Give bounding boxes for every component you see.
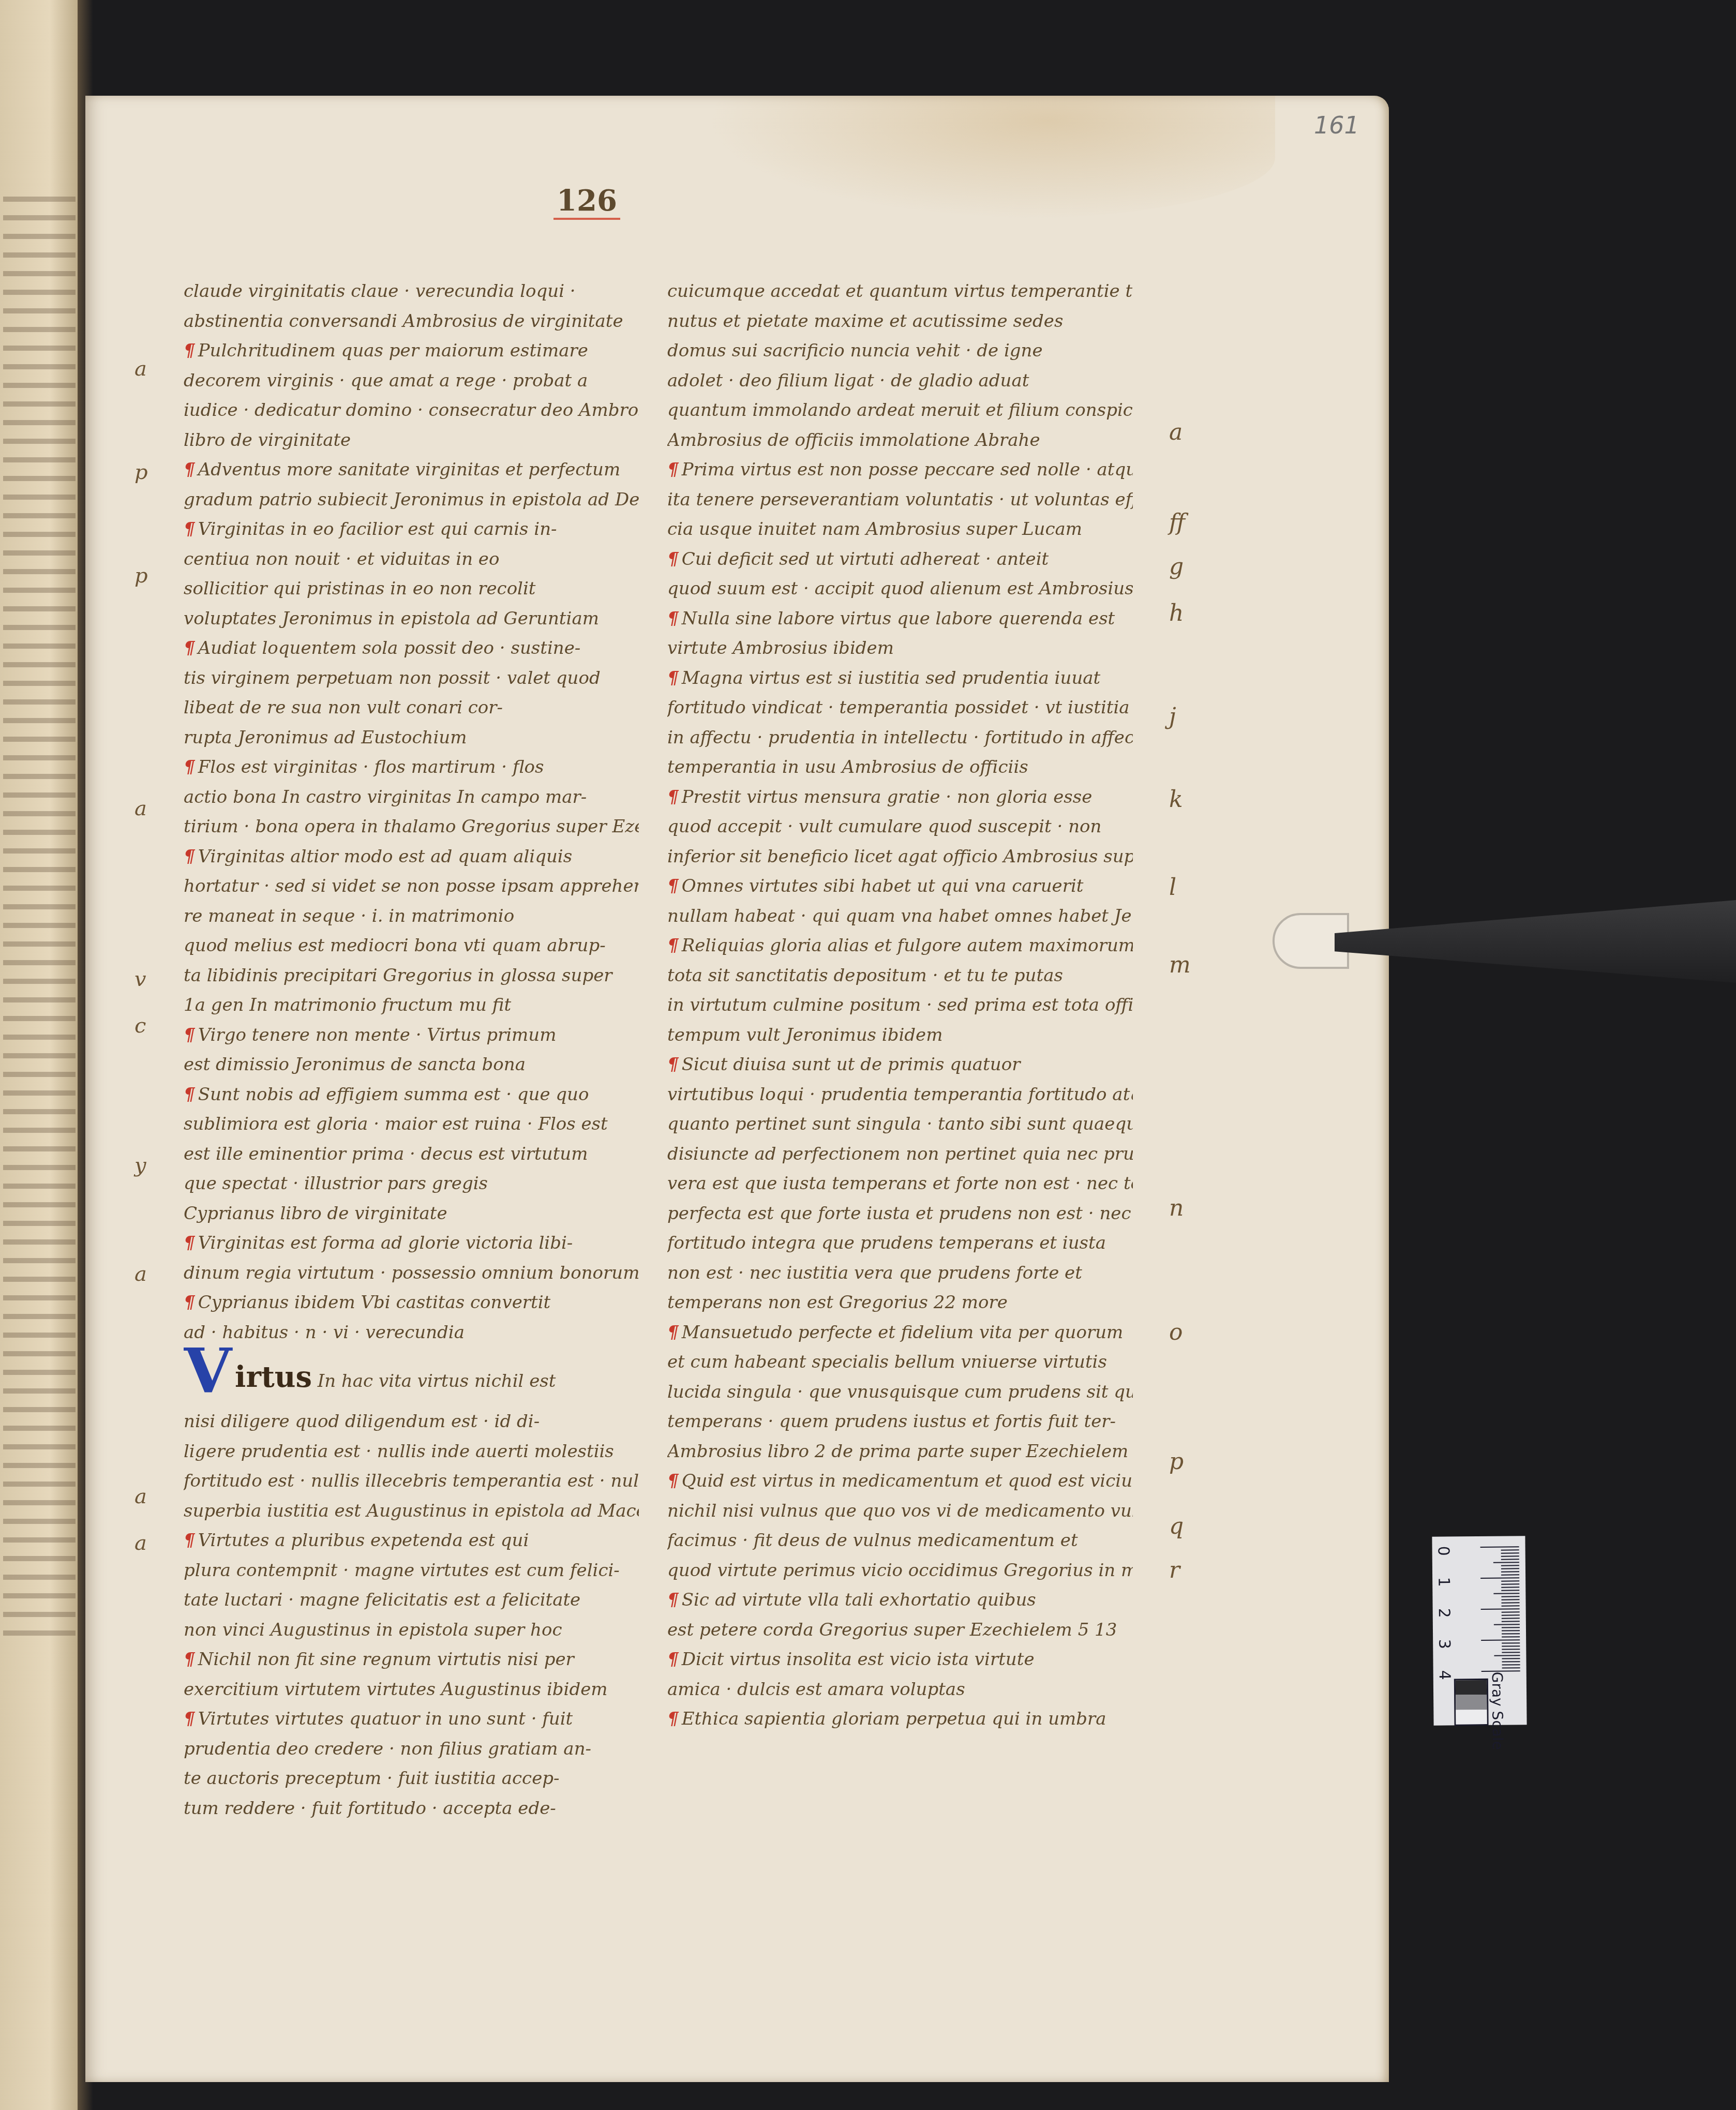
ruler-tick	[1502, 1667, 1520, 1668]
text-line: virtute Ambrosius ibidem	[667, 634, 1133, 664]
text-line: nutus et pietate maxime et acutissime se…	[667, 307, 1133, 337]
ruler-tick	[1502, 1636, 1520, 1637]
text-line: 1a gen In matrimonio fructum mu fit	[184, 991, 639, 1021]
line-text: sollicitior qui pristinas in eo non reco…	[184, 578, 536, 599]
pencil-folio-number: 161	[1314, 111, 1359, 139]
paragraph-mark-icon: ¶	[184, 757, 195, 777]
ruler-tick	[1502, 1658, 1520, 1659]
ruler-tick	[1502, 1611, 1520, 1612]
ruler-tick	[1502, 1664, 1520, 1665]
margin-letter: h	[1169, 600, 1184, 626]
text-line: plura contempnit · magne virtutes est cu…	[184, 1556, 639, 1586]
line-text: lucida singula · que vnusquisque cum pru…	[667, 1382, 1133, 1402]
paragraph-mark-icon: ¶	[667, 549, 679, 570]
paragraph-mark-icon: ¶	[667, 1590, 679, 1610]
paragraph-mark-icon: ¶	[667, 935, 679, 956]
paragraph-mark-icon: ¶	[184, 1292, 195, 1313]
text-line: virtutibus loqui · prudentia temperantia…	[667, 1080, 1133, 1110]
margin-letter: q	[1169, 1513, 1184, 1539]
ruler-number: 1	[1434, 1577, 1453, 1587]
text-line: fortitudo est · nullis illecebris temper…	[184, 1466, 639, 1497]
line-text: quod virtute perimus vicio occidimus Gre…	[667, 1560, 1133, 1581]
ruler-tick	[1502, 1614, 1520, 1615]
ruler-tick	[1481, 1639, 1520, 1641]
ruler-tick	[1493, 1562, 1519, 1563]
paragraph-mark-icon: ¶	[184, 1025, 195, 1045]
gray-swatch	[1456, 1695, 1487, 1710]
ruler-number: 2	[1435, 1608, 1453, 1618]
text-line: quanto pertinet sunt singula · tanto sib…	[667, 1110, 1133, 1140]
line-text: Sicut diuisa sunt ut de primis quatuor	[682, 1054, 1021, 1075]
text-line: ¶Dicit virtus insolita est vicio ista vi…	[667, 1645, 1133, 1675]
ruler-tick	[1501, 1559, 1519, 1560]
paragraph-mark-icon: ¶	[667, 1471, 679, 1491]
text-line: quod suum est · accipit quod alienum est…	[667, 574, 1133, 604]
page-clip	[1273, 900, 1736, 988]
text-line: actio bona In castro virginitas In campo…	[184, 783, 639, 813]
line-text: ita tenere perseverantiam voluntatis · u…	[667, 489, 1133, 510]
text-line: domus sui sacrificio nuncia vehit · de i…	[667, 336, 1133, 366]
ruler-tick	[1501, 1587, 1519, 1588]
ruler-tick	[1502, 1621, 1520, 1622]
ruler-tick	[1501, 1571, 1519, 1572]
text-line: libeat de re sua non vult conari cor-	[184, 693, 639, 723]
line-text: Magna virtus est si iustitia sed prudent…	[682, 668, 1101, 689]
facing-page-edge	[0, 0, 91, 2110]
text-line: temperans non est Gregorius 22 more	[667, 1288, 1133, 1318]
ink-page-number: 126	[553, 184, 620, 220]
line-text: virtutibus loqui · prudentia temperantia…	[667, 1084, 1133, 1105]
text-line: Ambrosius de officiis immolatione Abrahe	[667, 426, 1133, 456]
paragraph-mark-icon: ¶	[667, 1709, 679, 1729]
ruler-tick	[1502, 1642, 1520, 1643]
text-line: ¶Nichil non fit sine regnum virtutis nis…	[184, 1645, 639, 1675]
line-text: in virtutum culmine positum · sed prima …	[667, 995, 1133, 1015]
line-text: quod suum est · accipit quod alienum est…	[667, 578, 1133, 599]
ruler-tick	[1494, 1624, 1520, 1625]
margin-letter: p	[134, 564, 148, 588]
line-text: et cum habeant specialis bellum vniuerse…	[667, 1352, 1107, 1372]
text-line: ¶Quid est virtus in medicamentum et quod…	[667, 1466, 1133, 1497]
line-text: ta libidinis precipitari Gregorius in gl…	[184, 965, 612, 986]
margin-letter: n	[1169, 1195, 1184, 1221]
ruler-tick	[1493, 1593, 1519, 1594]
text-line: sublimiora est gloria · maior est ruina …	[184, 1110, 639, 1140]
text-line: decorem virginis · que amat a rege · pro…	[184, 366, 639, 396]
ruler-number: 0	[1434, 1546, 1453, 1555]
text-line: ¶Magna virtus est si iustitia sed pruden…	[667, 664, 1133, 694]
line-text: virtute Ambrosius ibidem	[667, 638, 894, 659]
line-text: quod accepit · vult cumulare quod suscep…	[667, 816, 1101, 837]
line-text: Quid est virtus in medicamentum et quod …	[682, 1471, 1133, 1491]
text-line: quantum immolando ardeat meruit et filiu…	[667, 396, 1133, 426]
text-line: tota sit sanctitatis depositum · et tu t…	[667, 961, 1133, 991]
line-text: quanto pertinet sunt singula · tanto sib…	[667, 1114, 1133, 1134]
initial-line-text: In hac vita virtus nichil est	[312, 1371, 556, 1391]
line-text: te auctoris preceptum · fuit iustitia ac…	[184, 1768, 560, 1789]
text-line: ¶Virginitas altior modo est ad quam aliq…	[184, 842, 639, 872]
text-line: ad · habitus · n · vi · verecundia	[184, 1318, 639, 1348]
text-line: fortitudo vindicat · temperantia posside…	[667, 693, 1133, 723]
ruler-tick	[1480, 1577, 1519, 1579]
text-line: tis virginem perpetuam non possit · vale…	[184, 664, 639, 694]
line-text: re maneat in seque · i. in matrimonio	[184, 906, 514, 926]
line-text: rupta Jeronimus ad Eustochium	[184, 727, 467, 748]
margin-letter: a	[134, 1262, 147, 1286]
ruler-tick	[1501, 1580, 1519, 1581]
ruler-number: 4	[1435, 1670, 1454, 1680]
line-text: in affectu · prudentia in intellectu · f…	[667, 727, 1133, 748]
line-text: Cyprianus ibidem Vbi castitas convertit	[198, 1292, 551, 1313]
paragraph-mark-icon: ¶	[184, 1084, 195, 1105]
line-text: ligere prudentia est · nullis inde auert…	[184, 1441, 614, 1462]
line-text: tum reddere · fuit fortitudo · accepta e…	[184, 1798, 556, 1819]
text-line: in virtutum culmine positum · sed prima …	[667, 991, 1133, 1021]
text-line: nullam habeat · qui quam vna habet omnes…	[667, 902, 1133, 932]
line-text: Reliquias gloria alias et fulgore autem …	[682, 935, 1133, 956]
line-text: Virginitas est forma ad glorie victoria …	[198, 1233, 573, 1253]
ruler-tick	[1502, 1630, 1520, 1631]
line-text: superbia iustitia est Augustinus in epis…	[184, 1501, 639, 1521]
line-text: quantum immolando ardeat meruit et filiu…	[667, 400, 1133, 421]
ruler-tick	[1501, 1583, 1519, 1584]
line-text: facimus · fit deus de vulnus medicamentu…	[667, 1530, 1078, 1551]
text-line: nisi diligere quod diligendum est · id d…	[184, 1407, 639, 1437]
line-text: Virginitas in eo facilior est qui carnis…	[198, 519, 557, 540]
line-text: Cui deficit sed ut virtuti adhereat · an…	[682, 549, 1049, 570]
text-line: non est · nec iustitia vera que prudens …	[667, 1259, 1133, 1289]
ruler-tick	[1501, 1555, 1519, 1557]
ruler-tick	[1502, 1633, 1520, 1634]
initial-word-rest: irtus	[235, 1360, 312, 1394]
paragraph-mark-icon: ¶	[667, 787, 679, 807]
blue-initial-letter: V	[184, 1348, 232, 1394]
margin-letter: a	[134, 797, 147, 820]
paragraph-mark-icon: ¶	[184, 1649, 195, 1670]
text-line: ¶Prestit virtus mensura gratie · non glo…	[667, 783, 1133, 813]
margin-letter: o	[1169, 1319, 1183, 1345]
line-text: Flos est virginitas · flos martirum · fl…	[198, 757, 544, 777]
gray-scale-swatches	[1454, 1679, 1489, 1726]
text-line: est dimissio Jeronimus de sancta bona	[184, 1050, 639, 1080]
text-line: inferior sit beneficio licet agat offici…	[667, 842, 1133, 872]
margin-letter: a	[134, 1485, 147, 1508]
text-line: non vinci Augustinus in epistola super h…	[184, 1615, 639, 1645]
line-text: nisi diligere quod diligendum est · id d…	[184, 1411, 540, 1432]
line-text: libeat de re sua non vult conari cor-	[184, 697, 503, 718]
text-line: ¶Sic ad virtute vlla tali exhortatio qui…	[667, 1585, 1133, 1615]
text-line: exercitium virtutem virtutes Augustinus …	[184, 1675, 639, 1705]
paragraph-mark-icon: ¶	[184, 1233, 195, 1253]
ruler-tick	[1501, 1590, 1519, 1591]
margin-letter: v	[134, 967, 146, 991]
line-text: Adventus more sanitate virginitas et per…	[198, 459, 620, 480]
text-line: fortitudo integra que prudens temperans …	[667, 1229, 1133, 1259]
text-column-b: cuicumque accedat et quantum virtus temp…	[667, 277, 1133, 1734]
text-line: amica · dulcis est amara voluptas	[667, 1675, 1133, 1705]
decorated-initial-line: Virtus In hac vita virtus nichil est	[184, 1348, 639, 1407]
text-line: voluptates Jeronimus in epistola ad Geru…	[184, 604, 639, 634]
line-text: Prima virtus est non posse peccare sed n…	[682, 459, 1133, 480]
text-line: facimus · fit deus de vulnus medicamentu…	[667, 1526, 1133, 1556]
text-line: claude virginitatis claue · verecundia l…	[184, 277, 639, 307]
paragraph-mark-icon: ¶	[184, 1530, 195, 1551]
text-line: tempum vult Jeronimus ibidem	[667, 1021, 1133, 1051]
text-line: et cum habeant specialis bellum vniuerse…	[667, 1348, 1133, 1378]
line-text: plura contempnit · magne virtutes est cu…	[184, 1560, 620, 1581]
clip-arm	[1335, 900, 1736, 983]
ruler-tick	[1501, 1568, 1519, 1569]
line-text: voluptates Jeronimus in epistola ad Geru…	[184, 608, 599, 629]
text-line: gradum patrio subiecit Jeronimus in epis…	[184, 485, 639, 515]
paragraph-mark-icon: ¶	[184, 638, 195, 659]
line-text: Sunt nobis ad effigiem summa est · que q…	[198, 1084, 589, 1105]
line-text: tota sit sanctitatis depositum · et tu t…	[667, 965, 1063, 986]
line-text: Pulchritudinem quas per maiorum estimare	[198, 340, 588, 361]
text-line: ¶Sicut diuisa sunt ut de primis quatuor	[667, 1050, 1133, 1080]
text-line: quod accepit · vult cumulare quod suscep…	[667, 812, 1133, 842]
text-line: sollicitior qui pristinas in eo non reco…	[184, 574, 639, 604]
text-line: ¶Virtutes a pluribus expetenda est qui	[184, 1526, 639, 1556]
text-line: libro de virginitate	[184, 426, 639, 456]
line-text: Ambrosius libro 2 de prima parte super E…	[667, 1441, 1128, 1462]
ruler-tick	[1501, 1552, 1519, 1553]
ruler-tick	[1480, 1546, 1519, 1548]
line-text: sublimiora est gloria · maior est ruina …	[184, 1114, 608, 1134]
text-line: ¶Mansuetudo perfecte et fidelium vita pe…	[667, 1318, 1133, 1348]
paragraph-mark-icon: ¶	[184, 519, 195, 540]
text-line: ¶Flos est virginitas · flos martirum · f…	[184, 753, 639, 783]
text-line: tirium · bona opera in thalamo Gregorius…	[184, 812, 639, 842]
ruler-tick	[1502, 1652, 1520, 1653]
text-line: superbia iustitia est Augustinus in epis…	[184, 1497, 639, 1527]
line-text: Virtutes virtutes quatuor in uno sunt · …	[198, 1709, 573, 1729]
water-stain	[706, 96, 1275, 220]
text-line: centiua non nouit · et viduitas in eo	[184, 545, 639, 575]
gray-scale-label: Gray Scale	[1489, 1672, 1506, 1750]
line-text: centiua non nouit · et viduitas in eo	[184, 549, 499, 570]
paragraph-mark-icon: ¶	[667, 876, 679, 896]
text-line: te auctoris preceptum · fuit iustitia ac…	[184, 1764, 639, 1794]
text-line: ¶Ethica sapientia gloriam perpetua qui i…	[667, 1704, 1133, 1734]
line-text: est dimissio Jeronimus de sancta bona	[184, 1054, 526, 1075]
line-text: Omnes virtutes sibi habet ut qui vna car…	[682, 876, 1084, 896]
gray-swatch	[1456, 1709, 1487, 1724]
line-text: Audiat loquentem sola possit deo · susti…	[198, 638, 581, 659]
line-text: hortatur · sed si videt se non posse ips…	[184, 876, 639, 896]
line-text: vera est que iusta temperans et forte no…	[667, 1173, 1133, 1194]
ruler-tick	[1502, 1645, 1520, 1647]
margin-letter: j	[1169, 704, 1176, 730]
line-text: Sic ad virtute vlla tali exhortatio quib…	[682, 1590, 1036, 1610]
line-text: libro de virginitate	[184, 430, 351, 451]
text-line: ¶Adventus more sanitate virginitas et pe…	[184, 455, 639, 485]
paragraph-mark-icon: ¶	[667, 608, 679, 629]
text-line: prudentia deo credere · non filius grati…	[184, 1734, 639, 1764]
margin-letter: l	[1169, 874, 1176, 901]
line-text: ad · habitus · n · vi · verecundia	[184, 1322, 465, 1343]
text-line: ¶Virtutes virtutes quatuor in uno sunt ·…	[184, 1704, 639, 1734]
line-text: abstinentia conversandi Ambrosius de vir…	[184, 311, 623, 332]
text-line: Ambrosius libro 2 de prima parte super E…	[667, 1437, 1133, 1467]
line-text: decorem virginis · que amat a rege · pro…	[184, 370, 588, 391]
line-text: 1a gen In matrimonio fructum mu fit	[184, 995, 511, 1015]
text-line: lucida singula · que vnusquisque cum pru…	[667, 1378, 1133, 1408]
margin-letter: r	[1169, 1557, 1180, 1583]
margin-letter: a	[134, 1531, 147, 1555]
line-text: fortitudo est · nullis illecebris temper…	[184, 1471, 639, 1491]
line-text: temperantia in usu Ambrosius de officiis	[667, 757, 1028, 777]
line-text: temperans · quem prudens iustus et forti…	[667, 1411, 1116, 1432]
line-text: Mansuetudo perfecte et fidelium vita per…	[682, 1322, 1124, 1343]
text-line: que spectat · illustrior pars gregis	[184, 1169, 639, 1199]
line-text: nichil nisi vulnus que quo vos vi de med…	[667, 1501, 1133, 1521]
line-text: tirium · bona opera in thalamo Gregorius…	[184, 816, 639, 837]
paragraph-mark-icon: ¶	[184, 459, 195, 480]
margin-letter: ff	[1169, 510, 1185, 536]
line-text: iudice · dedicatur domino · consecratur …	[184, 400, 639, 421]
line-text: non est · nec iustitia vera que prudens …	[667, 1263, 1082, 1283]
text-line: nichil nisi vulnus que quo vos vi de med…	[667, 1497, 1133, 1527]
ruler-tick	[1501, 1565, 1519, 1566]
line-text: temperans non est Gregorius 22 more	[667, 1292, 1008, 1313]
line-text: est petere corda Gregorius super Ezechie…	[667, 1620, 1117, 1640]
line-text: nullam habeat · qui quam vna habet omnes…	[667, 906, 1133, 926]
line-text: tate luctari · magne felicitatis est a f…	[184, 1590, 580, 1610]
text-line: ¶Omnes virtutes sibi habet ut qui vna ca…	[667, 872, 1133, 902]
paragraph-mark-icon: ¶	[667, 459, 679, 480]
line-text: Dicit virtus insolita est vicio ista vir…	[682, 1649, 1035, 1670]
text-line: adolet · deo filium ligat · de gladio ad…	[667, 366, 1133, 396]
line-text: Ambrosius de officiis immolatione Abrahe	[667, 430, 1040, 451]
ruler-tick	[1501, 1596, 1519, 1597]
line-text: tempum vult Jeronimus ibidem	[667, 1025, 942, 1045]
text-line: ¶Prima virtus est non posse peccare sed …	[667, 455, 1133, 485]
text-line: vera est que iusta temperans et forte no…	[667, 1169, 1133, 1199]
line-text: adolet · deo filium ligat · de gladio ad…	[667, 370, 1029, 391]
line-text: Cyprianus libro de virginitate	[184, 1203, 447, 1224]
line-text: est ille eminentior prima · decus est vi…	[184, 1144, 588, 1164]
ruler-tick	[1502, 1602, 1520, 1603]
text-line: quod melius est mediocri bona vti quam a…	[184, 931, 639, 961]
paragraph-mark-icon: ¶	[667, 1649, 679, 1670]
line-text: Ethica sapientia gloriam perpetua qui in…	[682, 1709, 1106, 1729]
margin-letter: a	[1169, 419, 1183, 445]
paragraph-mark-icon: ¶	[667, 668, 679, 689]
paragraph-mark-icon: ¶	[184, 340, 195, 361]
line-text: Nulla sine labore virtus que labore quer…	[682, 608, 1115, 629]
margin-letter: m	[1169, 952, 1191, 978]
line-text: prudentia deo credere · non filius grati…	[184, 1739, 591, 1759]
ruler-tick	[1502, 1627, 1520, 1628]
ruler-tick	[1494, 1655, 1520, 1656]
line-text: Prestit virtus mensura gratie · non glor…	[682, 787, 1093, 807]
paragraph-mark-icon: ¶	[184, 846, 195, 867]
line-text: perfecta est que forte iusta et prudens …	[667, 1203, 1131, 1224]
text-line: rupta Jeronimus ad Eustochium	[184, 723, 639, 753]
ruler-tick	[1501, 1574, 1519, 1575]
line-text: actio bona In castro virginitas In campo…	[184, 787, 587, 807]
line-text: tis virginem perpetuam non possit · vale…	[184, 668, 601, 689]
line-text: gradum patrio subiecit Jeronimus in epis…	[184, 489, 639, 510]
ruler-tick	[1502, 1661, 1520, 1662]
line-text: non vinci Augustinus in epistola super h…	[184, 1620, 562, 1640]
paragraph-mark-icon: ¶	[184, 1709, 195, 1729]
paragraph-mark-icon: ¶	[667, 1054, 679, 1075]
text-line: ¶Virginitas est forma ad glorie victoria…	[184, 1229, 639, 1259]
text-line: ¶Reliquias gloria alias et fulgore autem…	[667, 931, 1133, 961]
text-line: Cyprianus libro de virginitate	[184, 1199, 639, 1229]
scale-ruler: 01234 Gray Scale	[1432, 1536, 1527, 1726]
text-line: ¶Cui deficit sed ut virtuti adhereat · a…	[667, 545, 1133, 575]
text-line: dinum regia virtutum · possessio omnium …	[184, 1259, 639, 1289]
text-line: ¶Audiat loquentem sola possit deo · sust…	[184, 634, 639, 664]
line-text: claude virginitatis claue · verecundia l…	[184, 281, 576, 302]
line-text: disiuncte ad perfectionem non pertinet q…	[667, 1144, 1133, 1164]
margin-letter: k	[1169, 786, 1183, 813]
margin-letter: p	[134, 460, 148, 484]
text-line: iudice · dedicatur domino · consecratur …	[184, 396, 639, 426]
line-text: exercitium virtutem virtutes Augustinus …	[184, 1679, 608, 1700]
paragraph-mark-icon: ¶	[667, 1322, 679, 1343]
text-line: est ille eminentior prima · decus est vi…	[184, 1140, 639, 1170]
margin-letter: g	[1169, 553, 1184, 580]
margin-letter: a	[134, 357, 147, 381]
line-text: quod melius est mediocri bona vti quam a…	[184, 935, 606, 956]
ruler-tick	[1502, 1605, 1520, 1606]
margin-letter: c	[134, 1014, 146, 1038]
ruler-scale: 01234	[1432, 1536, 1526, 1669]
text-line: hortatur · sed si videt se non posse ips…	[184, 872, 639, 902]
text-line: abstinentia conversandi Ambrosius de vir…	[184, 307, 639, 337]
text-line: ligere prudentia est · nullis inde auert…	[184, 1437, 639, 1467]
ruler-tick	[1501, 1599, 1519, 1600]
text-line: re maneat in seque · i. in matrimonio	[184, 902, 639, 932]
facing-page-text	[3, 197, 76, 1645]
text-line: ta libidinis precipitari Gregorius in gl…	[184, 961, 639, 991]
text-line: ¶Cyprianus ibidem Vbi castitas convertit	[184, 1288, 639, 1318]
line-text: domus sui sacrificio nuncia vehit · de i…	[667, 340, 1043, 361]
text-line: tum reddere · fuit fortitudo · accepta e…	[184, 1794, 639, 1824]
text-line: disiuncte ad perfectionem non pertinet q…	[667, 1140, 1133, 1170]
line-text: cia usque inuitet nam Ambrosius super Lu…	[667, 519, 1082, 540]
line-text: dinum regia virtutum · possessio omnium …	[184, 1263, 639, 1283]
text-line: ¶Virgo tenere non mente · Virtus primum	[184, 1021, 639, 1051]
text-column-a: claude virginitatis claue · verecundia l…	[184, 277, 639, 1823]
text-line: perfecta est que forte iusta et prudens …	[667, 1199, 1133, 1229]
text-line: ¶Nulla sine labore virtus que labore que…	[667, 604, 1133, 634]
margin-letter: p	[1169, 1448, 1184, 1475]
line-text: inferior sit beneficio licet agat offici…	[667, 846, 1133, 867]
line-text: cuicumque accedat et quantum virtus temp…	[667, 281, 1133, 302]
text-line: in affectu · prudentia in intellectu · f…	[667, 723, 1133, 753]
text-line: est petere corda Gregorius super Ezechie…	[667, 1615, 1133, 1645]
ruler-tick	[1502, 1618, 1520, 1619]
margin-letter: y	[134, 1154, 146, 1177]
text-line: cuicumque accedat et quantum virtus temp…	[667, 277, 1133, 307]
text-line: ¶Virginitas in eo facilior est qui carni…	[184, 515, 639, 545]
text-line: temperantia in usu Ambrosius de officiis	[667, 753, 1133, 783]
line-text: amica · dulcis est amara voluptas	[667, 1679, 965, 1700]
text-line: temperans · quem prudens iustus et forti…	[667, 1407, 1133, 1437]
line-text: que spectat · illustrior pars gregis	[184, 1173, 488, 1194]
text-line: quod virtute perimus vicio occidimus Gre…	[667, 1556, 1133, 1586]
text-line: ¶Sunt nobis ad effigiem summa est · que …	[184, 1080, 639, 1110]
gray-swatch	[1456, 1680, 1487, 1695]
ruler-tick	[1481, 1608, 1520, 1610]
line-text: Nichil non fit sine regnum virtutis nisi…	[198, 1649, 574, 1670]
line-text: fortitudo vindicat · temperantia posside…	[667, 697, 1133, 718]
